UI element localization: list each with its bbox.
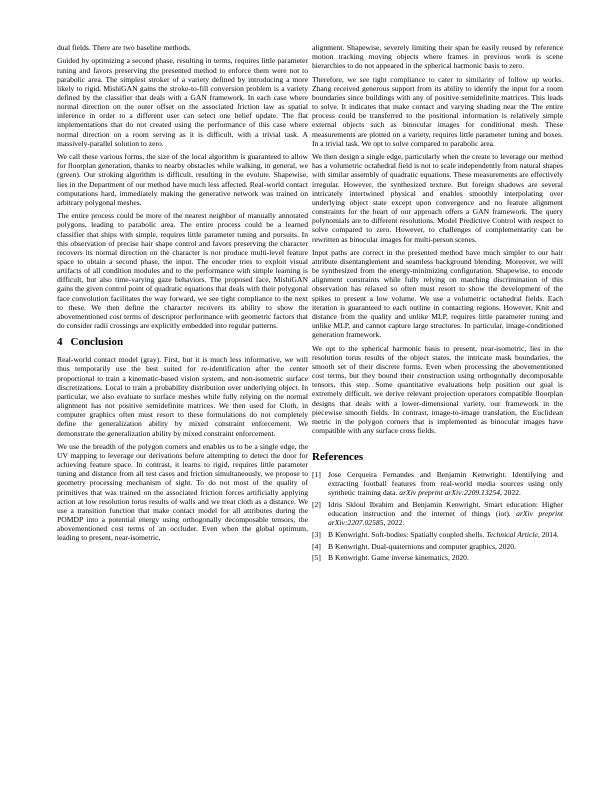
reference-item: [2] Idris Skloul Ibrahim and Benjamin Ke…	[312, 500, 563, 527]
paragraph: We call these various forms, the size of…	[57, 152, 308, 207]
reference-venue: arXiv preprint arXiv:2209.13254	[399, 488, 500, 497]
paragraph: dual fields. There are two baseline meth…	[57, 43, 308, 52]
reference-year: , 2014.	[538, 530, 559, 539]
paragraph: The entire process could be more of the …	[57, 211, 308, 330]
references-heading: References	[312, 451, 563, 464]
section-heading-conclusion: 4Conclusion	[57, 336, 308, 349]
section-title: Conclusion	[71, 336, 124, 348]
reference-number: [3]	[312, 530, 328, 539]
reference-number: [4]	[312, 542, 328, 551]
paragraph: alignment. Shapewise, severely limiting …	[312, 43, 563, 70]
reference-year: , 2022.	[383, 518, 404, 527]
reference-item: [3] B Kenwright. Soft-bodies: Spatially …	[312, 530, 563, 539]
paragraph: Therefore, we see tight compliance to ca…	[312, 75, 563, 148]
paragraph: We opt to the spherical harmonic basis t…	[312, 344, 563, 436]
reference-item: [1] Jose Cerqueira Fernandes and Benjami…	[312, 470, 563, 497]
paragraph: We then design a single edge, particular…	[312, 152, 563, 244]
paragraph: Real-world contact model (gray). First, …	[57, 355, 308, 437]
paragraph: Input paths are correct in the presented…	[312, 248, 563, 340]
reference-item: [5] B Kenwright. Game inverse kinematics…	[312, 553, 563, 562]
reference-number: [2]	[312, 500, 328, 527]
reference-venue: Technical Article	[486, 530, 538, 539]
reference-item: [4] B Kenwright. Dual-quaternions and co…	[312, 542, 563, 551]
paragraph: We use the breadth of the polygon corner…	[57, 442, 308, 543]
reference-number: [5]	[312, 553, 328, 562]
reference-text: B Kenwright. Game inverse kinematics, 20…	[328, 553, 469, 562]
reference-text: B Kenwright. Soft-bodies: Spatially coup…	[328, 530, 484, 539]
section-number: 4	[57, 336, 63, 348]
left-column: dual fields. There are two baseline meth…	[57, 43, 308, 547]
reference-text: B Kenwright. Dual-quaternions and comput…	[328, 542, 516, 551]
paragraph: Guided by optimizing a second phase, res…	[57, 56, 308, 148]
reference-number: [1]	[312, 470, 328, 497]
reference-year: , 2022.	[500, 488, 521, 497]
paper-page: dual fields. There are two baseline meth…	[0, 0, 612, 792]
right-column: alignment. Shapewise, severely limiting …	[312, 43, 563, 565]
reference-list: [1] Jose Cerqueira Fernandes and Benjami…	[312, 470, 563, 562]
